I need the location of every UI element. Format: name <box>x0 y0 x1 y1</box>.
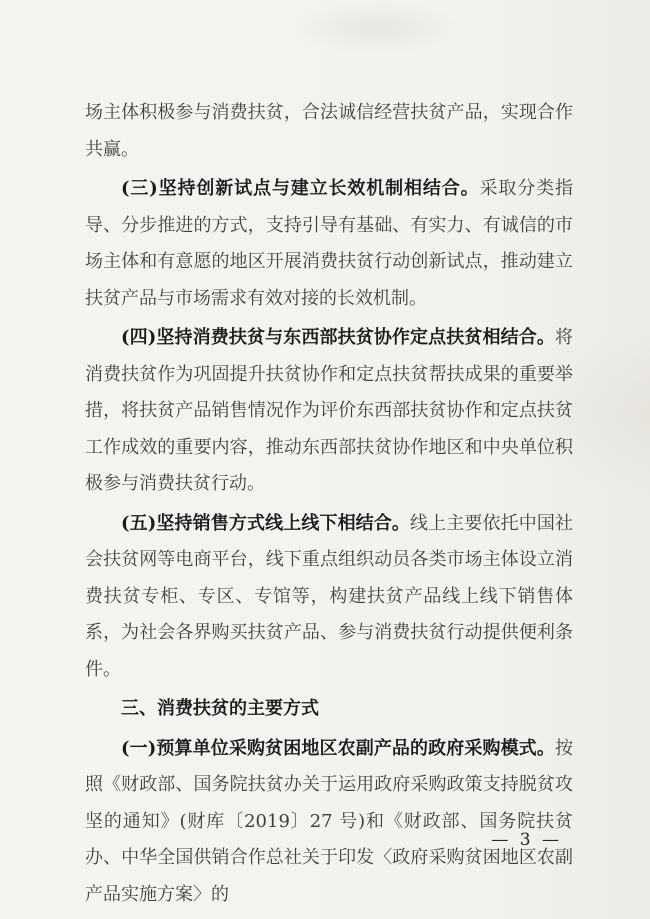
paragraph-text: 将消费扶贫作为巩固提升扶贫协作和定点扶贫帮扶成果的重要举措，将扶贫产品销售情况作… <box>85 327 573 494</box>
document-page: 场主体积极参与消费扶贫，合法诚信经营扶贫产品，实现合作共赢。 (三)坚持创新试点… <box>0 0 650 919</box>
paragraph-lead: (五)坚持销售方式线上线下相结合。 <box>121 513 410 534</box>
paragraph-text: 场主体积极参与消费扶贫，合法诚信经营扶贫产品，实现合作共赢。 <box>85 102 573 160</box>
paragraph-item-4: (四)坚持消费扶贫与东西部扶贫协作定点扶贫相结合。将消费扶贫作为巩固提升扶贫协作… <box>85 320 573 503</box>
paragraph-text: 按照《财政部、国务院扶贫办关于运用政府采购政策支持脱贫攻坚的通知》(财库〔201… <box>85 738 573 905</box>
paragraph-lead: (一)预算单位采购贫困地区农副产品的政府采购模式。 <box>121 738 555 759</box>
paragraph-lead: (四)坚持消费扶贫与东西部扶贫协作定点扶贫相结合。 <box>121 327 555 348</box>
paragraph-item-3: (三)坚持创新试点与建立长效机制相结合。采取分类指导、分步推进的方式，支持引导有… <box>85 171 573 317</box>
document-body: 场主体积极参与消费扶贫，合法诚信经营扶贫产品，实现合作共赢。 (三)坚持创新试点… <box>85 95 573 913</box>
page-number: — 3 — <box>491 830 562 850</box>
page-footer: — 3 — <box>491 830 562 850</box>
paragraph-continuation: 场主体积极参与消费扶贫，合法诚信经营扶贫产品，实现合作共赢。 <box>85 95 573 168</box>
section-heading: 三、消费扶贫的主要方式 <box>85 691 573 728</box>
paragraph-item-5: (五)坚持销售方式线上线下相结合。线上主要依托中国社会扶贫网等电商平台，线下重点… <box>85 506 573 689</box>
paragraph-item-1: (一)预算单位采购贫困地区农副产品的政府采购模式。按照《财政部、国务院扶贫办关于… <box>85 731 573 914</box>
paragraph-text: 线上主要依托中国社会扶贫网等电商平台，线下重点组织动员各类市场主体设立消费扶贫专… <box>85 513 573 680</box>
paragraph-lead: (三)坚持创新试点与建立长效机制相结合。 <box>121 178 480 199</box>
